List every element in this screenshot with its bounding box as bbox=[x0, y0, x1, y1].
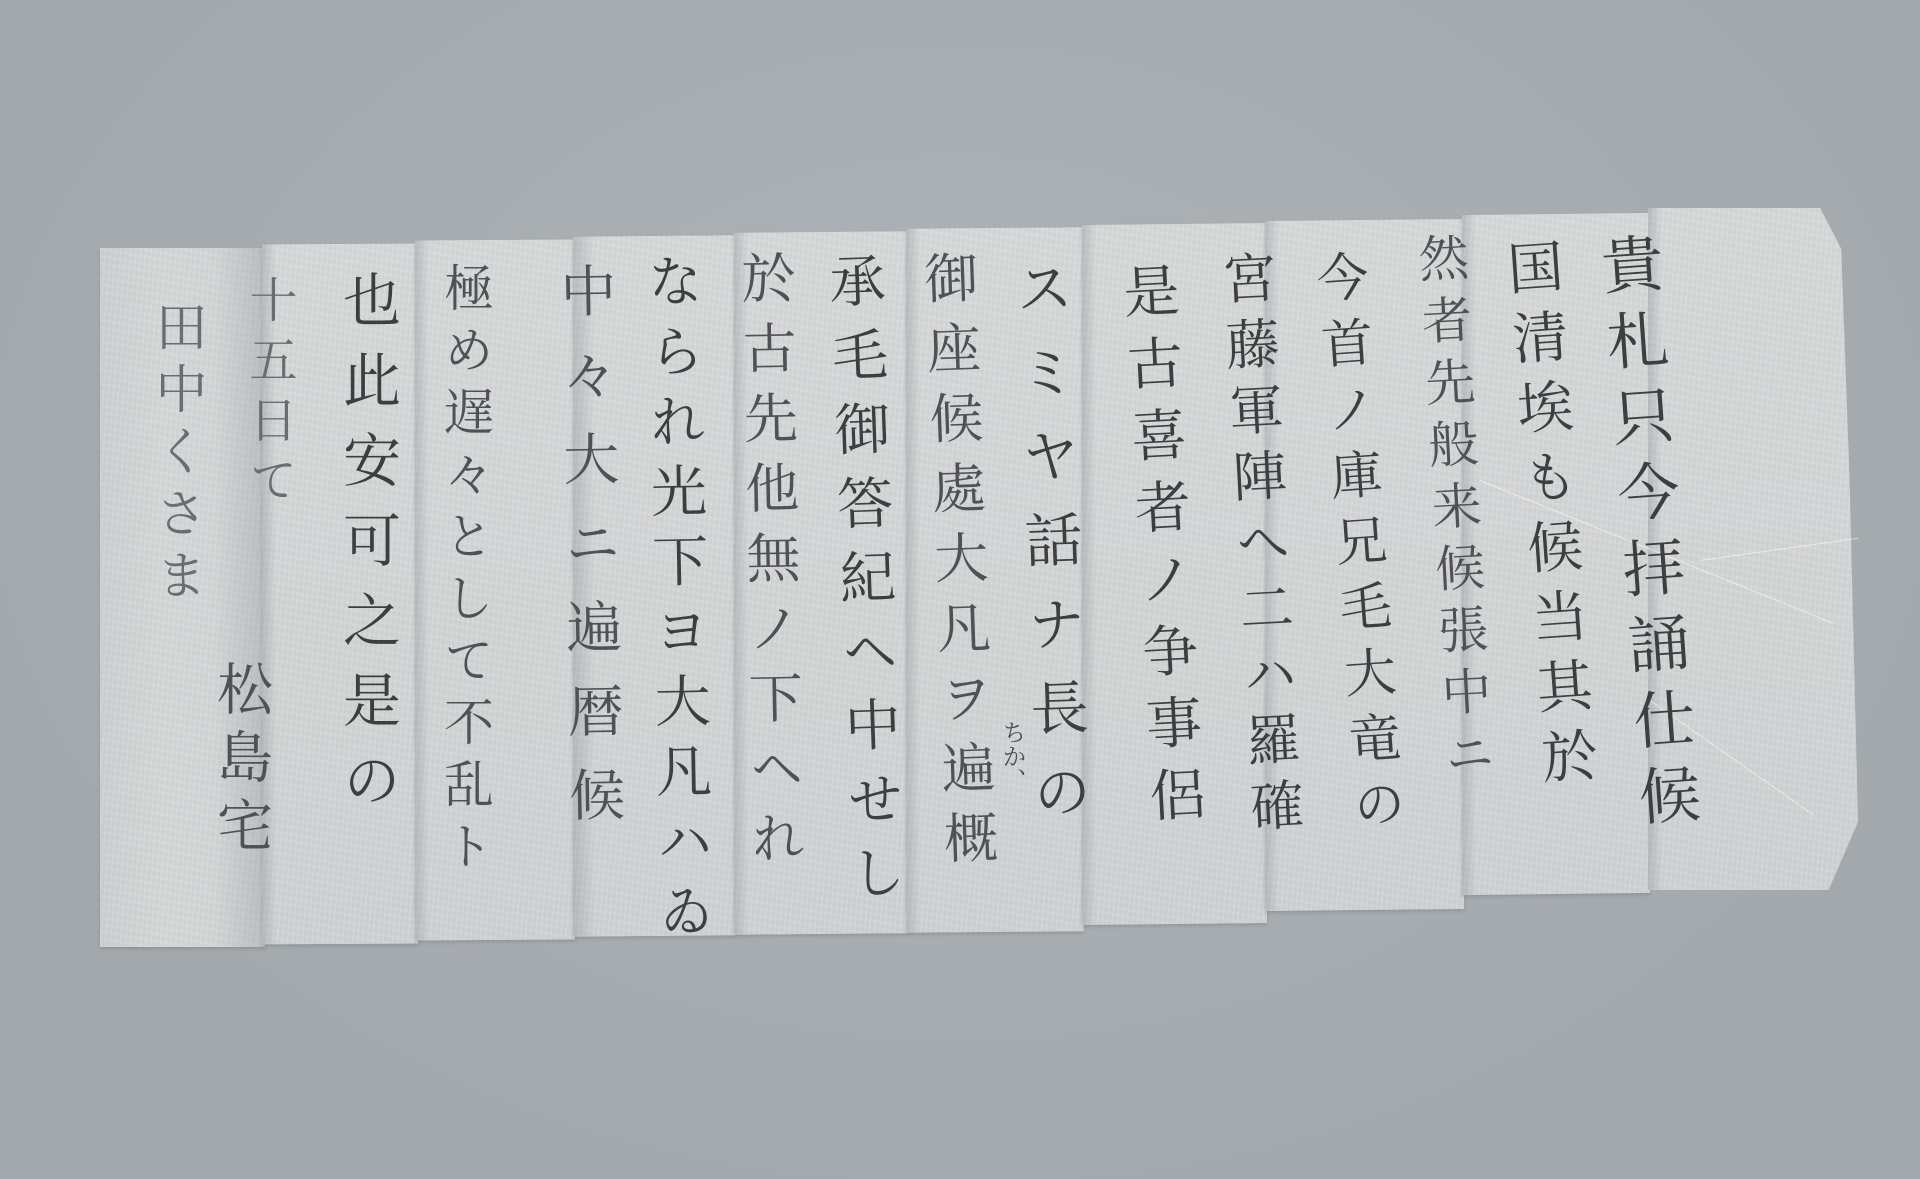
letter-column-12: 中々大ニ遍暦候 bbox=[555, 262, 621, 851]
letter-addressee: 田中くさま bbox=[150, 300, 202, 610]
letter-column-11: なられ光下ヨ大凡ハゐ bbox=[642, 252, 710, 953]
letter-side-note: ちか、 bbox=[1000, 720, 1024, 792]
letter-signature: 松島宅 bbox=[212, 660, 268, 864]
letter-date: 十五日て bbox=[245, 275, 293, 515]
letter-column-14: 也此安可之是の bbox=[338, 270, 396, 830]
letter-column-10: 於古先他無ノ下ヘれ bbox=[737, 250, 802, 881]
folded-letter: 貴札只今拝誦仕候 国清埃も候当其於 然者先般来候張中ニ 今首ノ庫兄毛大竜の 宮藤… bbox=[0, 0, 1920, 1179]
letter-column-13: 極め遅々として不乱ト bbox=[440, 262, 490, 882]
